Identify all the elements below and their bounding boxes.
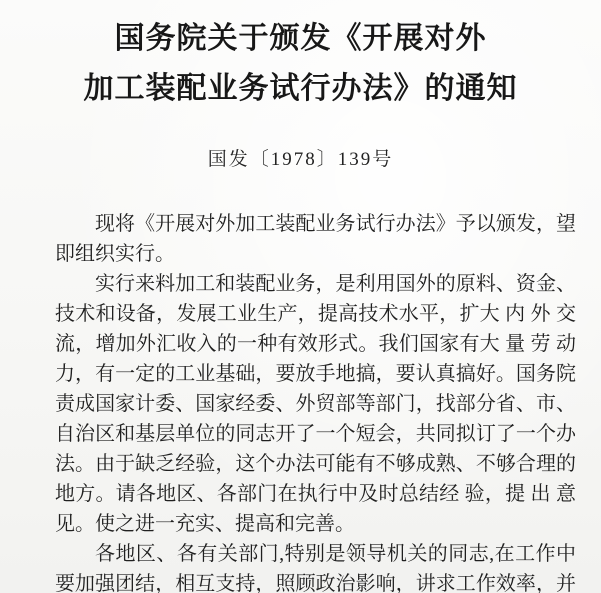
title-line-1: 国务院关于颁发《开展对外	[0, 14, 601, 64]
document-body: 现将《开展对外加工装配业务试行办法》予以颁发，望即组织实行。实行来料加工和装配业…	[55, 209, 576, 593]
body-line: 实行来料加工和装配业务，是利用国外的原料、资金、	[55, 269, 576, 299]
body-line: 流，增加外汇收入的一种有效形式。我们国家有大 量 劳 动	[55, 329, 576, 359]
body-line: 即组织实行。	[55, 239, 576, 269]
body-line: 要加强团结，相互支持，照顾政治影响，讲求工作效率，并	[55, 569, 576, 593]
paragraph: 实行来料加工和装配业务，是利用国外的原料、资金、技术和设备，发展工业生产，提高技…	[55, 269, 576, 539]
body-line: 现将《开展对外加工装配业务试行办法》予以颁发，望	[55, 209, 576, 239]
body-line: 责成国家计委、国家经委、外贸部等部门，找部分省、市、	[55, 389, 576, 419]
body-line: 见。使之进一充实、提高和完善。	[55, 509, 576, 539]
body-line: 力，有一定的工业基础，要放手地搞，要认真搞好。国务院	[55, 359, 576, 389]
document-title: 国务院关于颁发《开展对外 加工装配业务试行办法》的通知	[0, 14, 601, 114]
body-line: 自治区和基层单位的同志开了一个短会，共同拟订了一个办	[55, 419, 576, 449]
paragraph: 各地区、各有关部门,特别是领导机关的同志,在工作中要加强团结，相互支持，照顾政治…	[55, 539, 576, 593]
doc-number: 国发〔1978〕139号	[0, 144, 601, 171]
title-line-2: 加工装配业务试行办法》的通知	[0, 64, 601, 114]
paragraph: 现将《开展对外加工装配业务试行办法》予以颁发，望即组织实行。	[55, 209, 576, 269]
body-line: 地方。请各地区、各部门在执行中及时总结经 验，提 出 意	[55, 479, 576, 509]
document-page: 国务院关于颁发《开展对外 加工装配业务试行办法》的通知 国发〔1978〕139号…	[0, 0, 601, 593]
body-line: 技术和设备，发展工业生产，提高技术水平，扩大 内 外 交	[55, 299, 576, 329]
body-line: 法。由于缺乏经验，这个办法可能有不够成熟、不够合理的	[55, 449, 576, 479]
body-line: 各地区、各有关部门,特别是领导机关的同志,在工作中	[55, 539, 576, 569]
